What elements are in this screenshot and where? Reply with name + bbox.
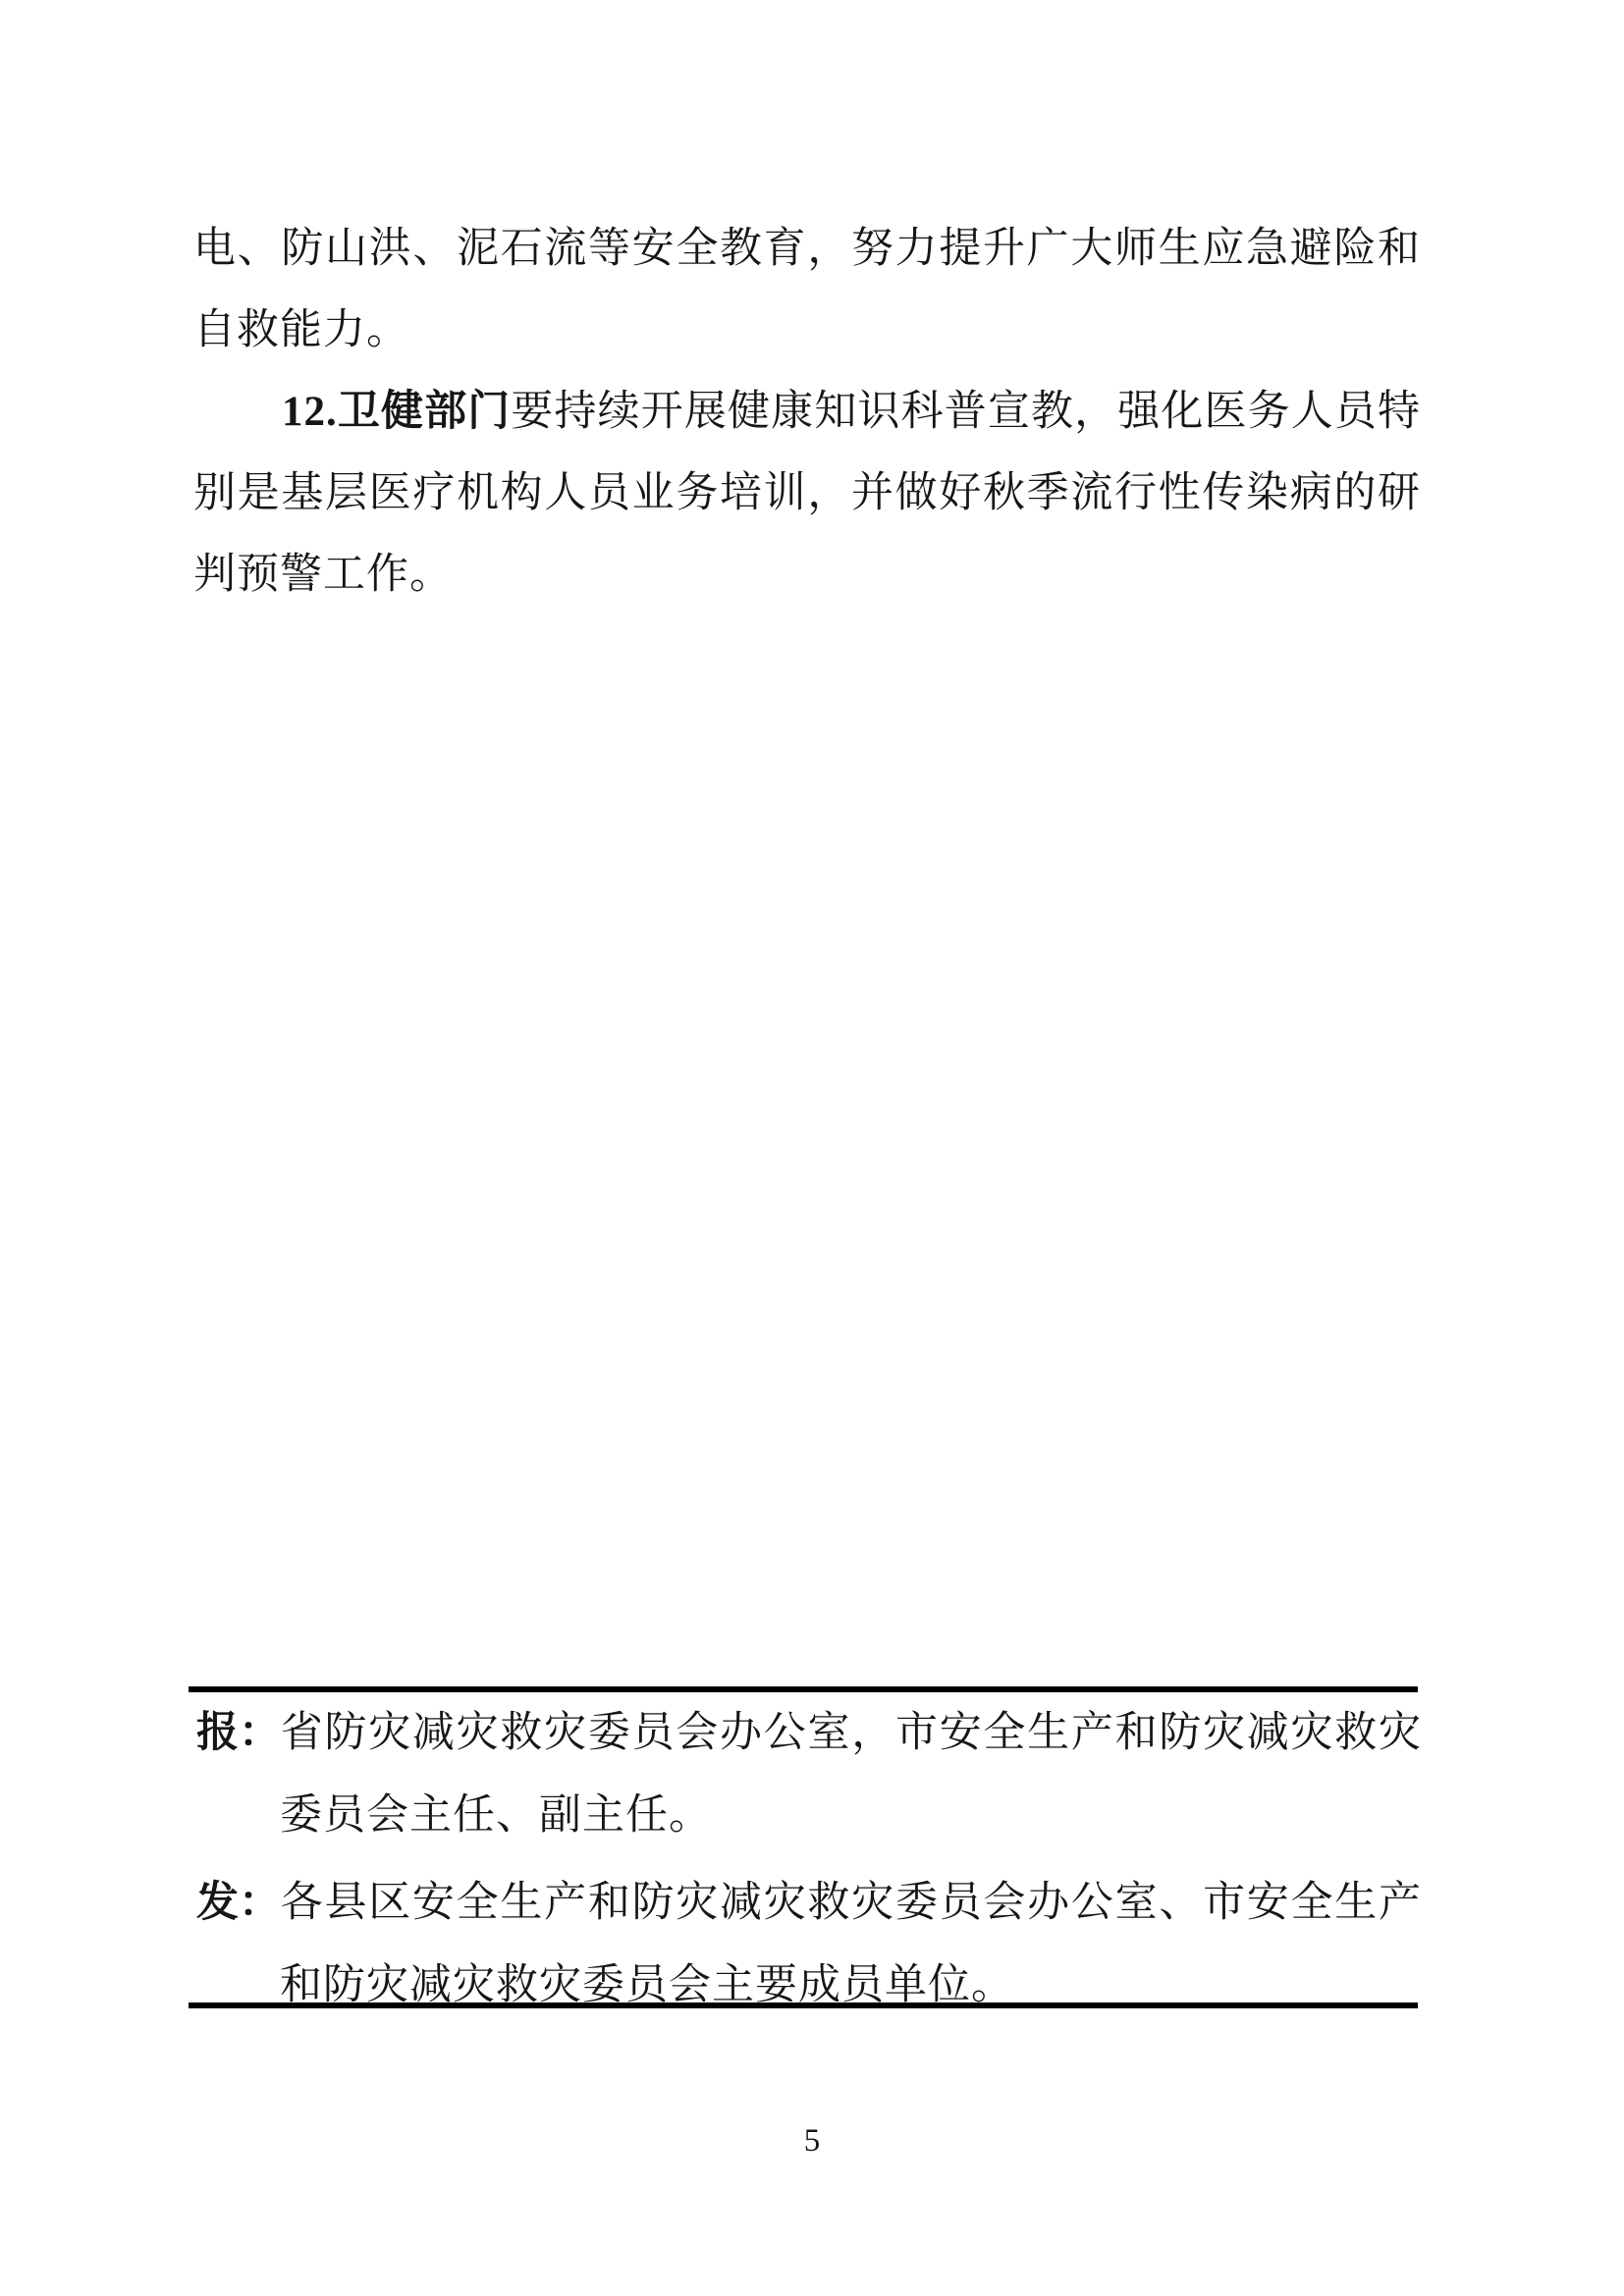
distribution-report-entry: 报：省防灾减灾救灾委员会办公室，市安全生产和防灾减灾救灾委员会主任、副主任。 bbox=[196, 1692, 1422, 1857]
report-label: 报： bbox=[196, 1692, 280, 1775]
item-12-label: 12.卫健部门 bbox=[282, 389, 511, 435]
report-text: 省防灾减灾救灾委员会办公室，市安全生产和防灾减灾救灾委员会主任、副主任。 bbox=[280, 1710, 1422, 1839]
page-number: 5 bbox=[0, 2123, 1624, 2159]
issue-label: 发： bbox=[196, 1862, 280, 1945]
paragraph-continuation: 电、防山洪、泥石流等安全教育，努力提升广大师生应急避险和自救能力。 bbox=[193, 208, 1421, 371]
document-page: 电、防山洪、泥石流等安全教育，努力提升广大师生应急避险和自救能力。 12.卫健部… bbox=[0, 0, 1624, 2296]
paragraph-item-12: 12.卫健部门要持续开展健康知识科普宣教，强化医务人员特别是基层医疗机构人员业务… bbox=[193, 371, 1421, 615]
issue-text: 各县区安全生产和防灾减灾救灾委员会办公室、市安全生产和防灾减灾救灾委员会主要成员… bbox=[280, 1880, 1422, 2008]
document-body: 电、防山洪、泥石流等安全教育，努力提升广大师生应急避险和自救能力。 12.卫健部… bbox=[193, 208, 1421, 615]
distribution-bottom-rule bbox=[189, 2002, 1418, 2008]
